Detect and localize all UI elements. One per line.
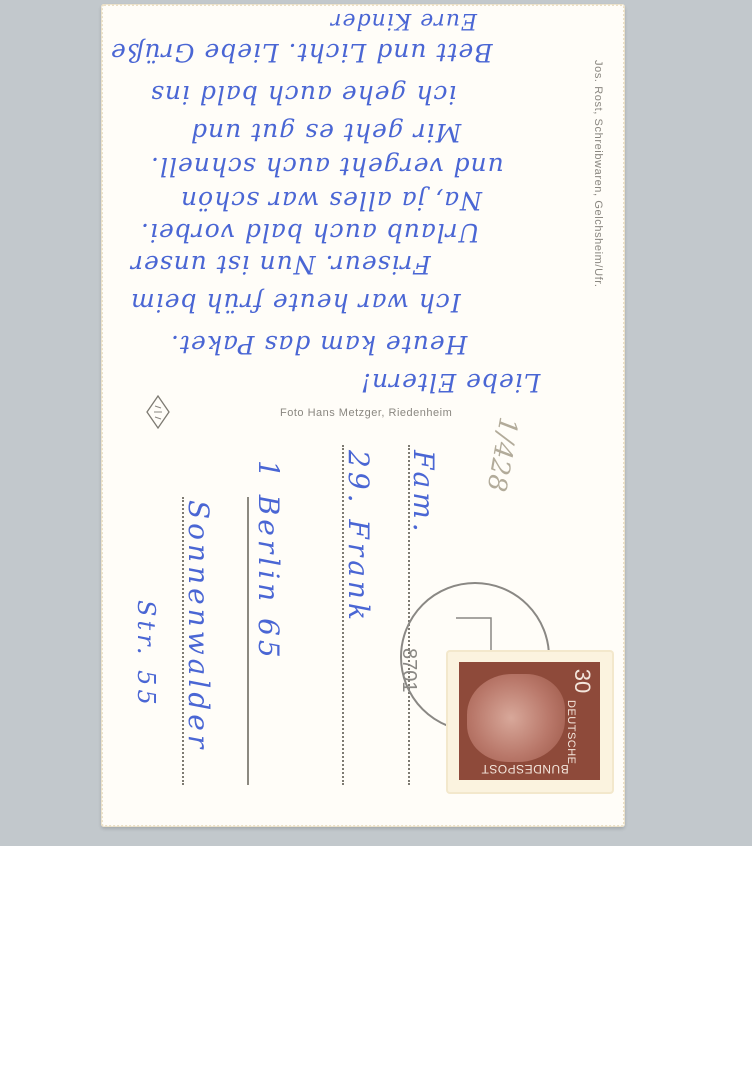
message-line: und vergeht auch schnell. (150, 152, 504, 181)
photo-credit: Foto Hans Metzger, Riedenheim (280, 407, 452, 419)
address-line-2: 29. Frank (342, 450, 375, 624)
stamp-portrait (467, 674, 565, 762)
publisher-logo-icon (146, 395, 170, 429)
publisher-imprint: Jos. Rost, Schreibwaren, Gelchsheim/Ufr. (592, 60, 604, 288)
svg-text:8701: 8701 (398, 648, 420, 693)
address-line-1: Fam. (407, 450, 440, 536)
message-line: Na, ja alles war schön (180, 186, 482, 215)
message-line: Ich war heute früh beim (130, 288, 461, 317)
address-line (247, 497, 249, 785)
stamp-country-bottom: BUNDESPOST (481, 762, 569, 776)
message-line: Heute kam das Paket. (170, 330, 467, 359)
message-line: Liebe Eltern! (360, 368, 540, 397)
stamp-country-top: DEUTSCHE (565, 700, 577, 765)
address-line-5: Str. 55 (132, 600, 160, 709)
address-line-4: Sonnenwalder (182, 500, 215, 752)
message-line: Urlaub auch bald vorbei. (140, 218, 480, 247)
message-line: Mir geht es gut und (190, 118, 461, 147)
message-line: Eure Kinder (330, 8, 477, 33)
message-line: Friseur. Nun ist unser (130, 250, 431, 279)
postage-stamp: 30 DEUTSCHE BUNDESPOST (448, 652, 612, 792)
message-line: Bett und Licht. Liebe Grüße (110, 38, 493, 67)
message-line: ich gehe auch bald ins (150, 80, 457, 109)
address-line-3: 1 Berlin 65 (252, 460, 285, 662)
stamp-value: 30 (569, 669, 595, 693)
